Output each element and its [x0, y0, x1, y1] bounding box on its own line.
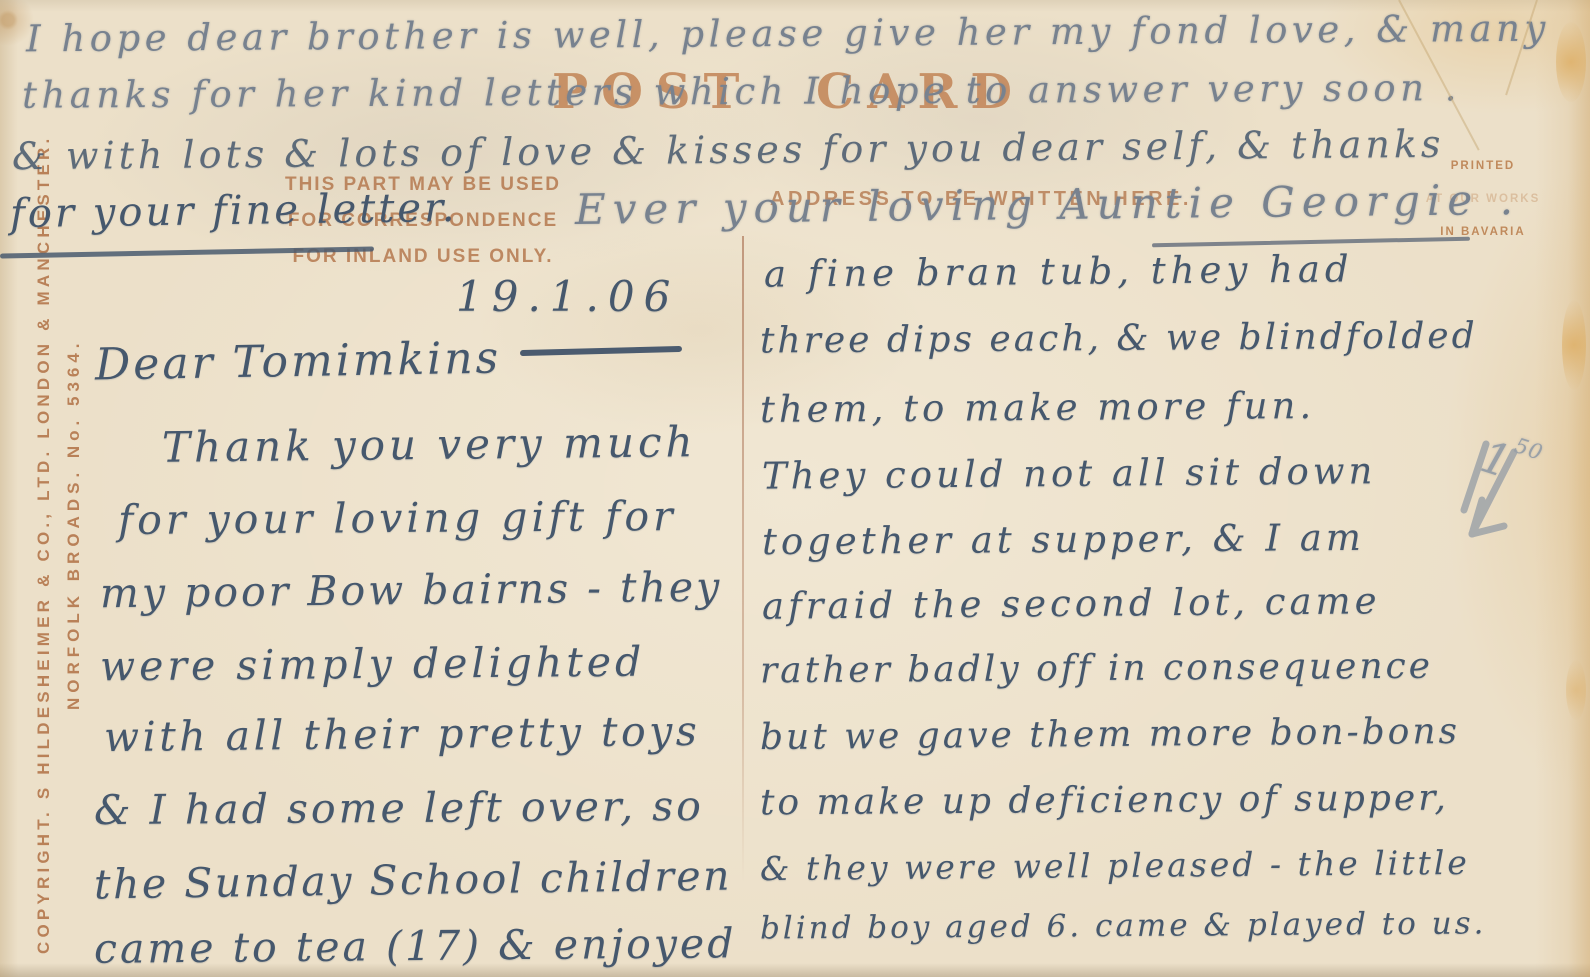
- pencil-arrow-icon: [1428, 438, 1558, 568]
- body-right-line-2: three dips each, & we blindfolded: [760, 315, 1478, 361]
- body-left-line-8: came to tea (17) & enjoyed: [94, 919, 737, 973]
- paper-chip-right-top: [1556, 22, 1586, 102]
- header-line-2: thanks for her kind letters which I hope…: [22, 66, 1461, 117]
- body-left-line-5: with all their pretty toys: [104, 707, 701, 761]
- body-right-line-1: a fine bran tub, they had: [764, 247, 1354, 295]
- handwriting-layer: I hope dear brother is well, please give…: [0, 0, 1590, 977]
- body-right-line-6: afraid the second lot, came: [762, 579, 1381, 627]
- body-right-line-9: to make up deficiency of supper,: [760, 778, 1449, 824]
- header-line-4: for your fine letter.: [10, 185, 458, 237]
- paper-chip-right-bottom: [1566, 660, 1586, 720]
- salutation-line: Dear Tomimkins: [95, 332, 502, 390]
- body-right-line-8: but we gave them more bon-bons: [760, 711, 1460, 758]
- body-right-line-7: rather badly off in consequence: [760, 646, 1433, 692]
- body-left-line-3: my poor Bow bairns - they: [100, 563, 723, 618]
- body-left-line-2: for your loving gift for: [118, 492, 677, 544]
- signature-underline: [1152, 237, 1470, 248]
- body-left-line-6: & I had some left over, so: [94, 782, 704, 834]
- body-right-line-11: blind boy aged 6. came & played to us.: [760, 905, 1487, 946]
- body-left-line-4: were simply delighted: [100, 638, 646, 691]
- date-line: 19.1.06: [456, 272, 679, 321]
- ink-strike-line: [0, 246, 374, 258]
- header-line-3: & with lots & lots of love & kisses for …: [12, 122, 1445, 178]
- body-right-line-5: together at supper, & I am: [762, 516, 1365, 563]
- postcard-back: POST CARD THIS PART MAY BE USED FOR CORR…: [0, 0, 1590, 977]
- header-line-1: I hope dear brother is well, please give…: [26, 7, 1550, 61]
- body-left-line-1: Thank you very much: [162, 417, 697, 472]
- body-left-line-7: the Sunday School children: [94, 852, 733, 909]
- paper-chip-right-middle: [1562, 300, 1586, 390]
- signature-line: Ever your loving Auntie Georgie .: [575, 175, 1520, 234]
- body-right-line-4: They could not all sit down: [762, 449, 1377, 497]
- body-right-line-10: & they were well pleased - the little: [760, 843, 1470, 888]
- body-right-line-3: them, to make more fun.: [760, 384, 1315, 431]
- salutation-dash: [520, 346, 682, 356]
